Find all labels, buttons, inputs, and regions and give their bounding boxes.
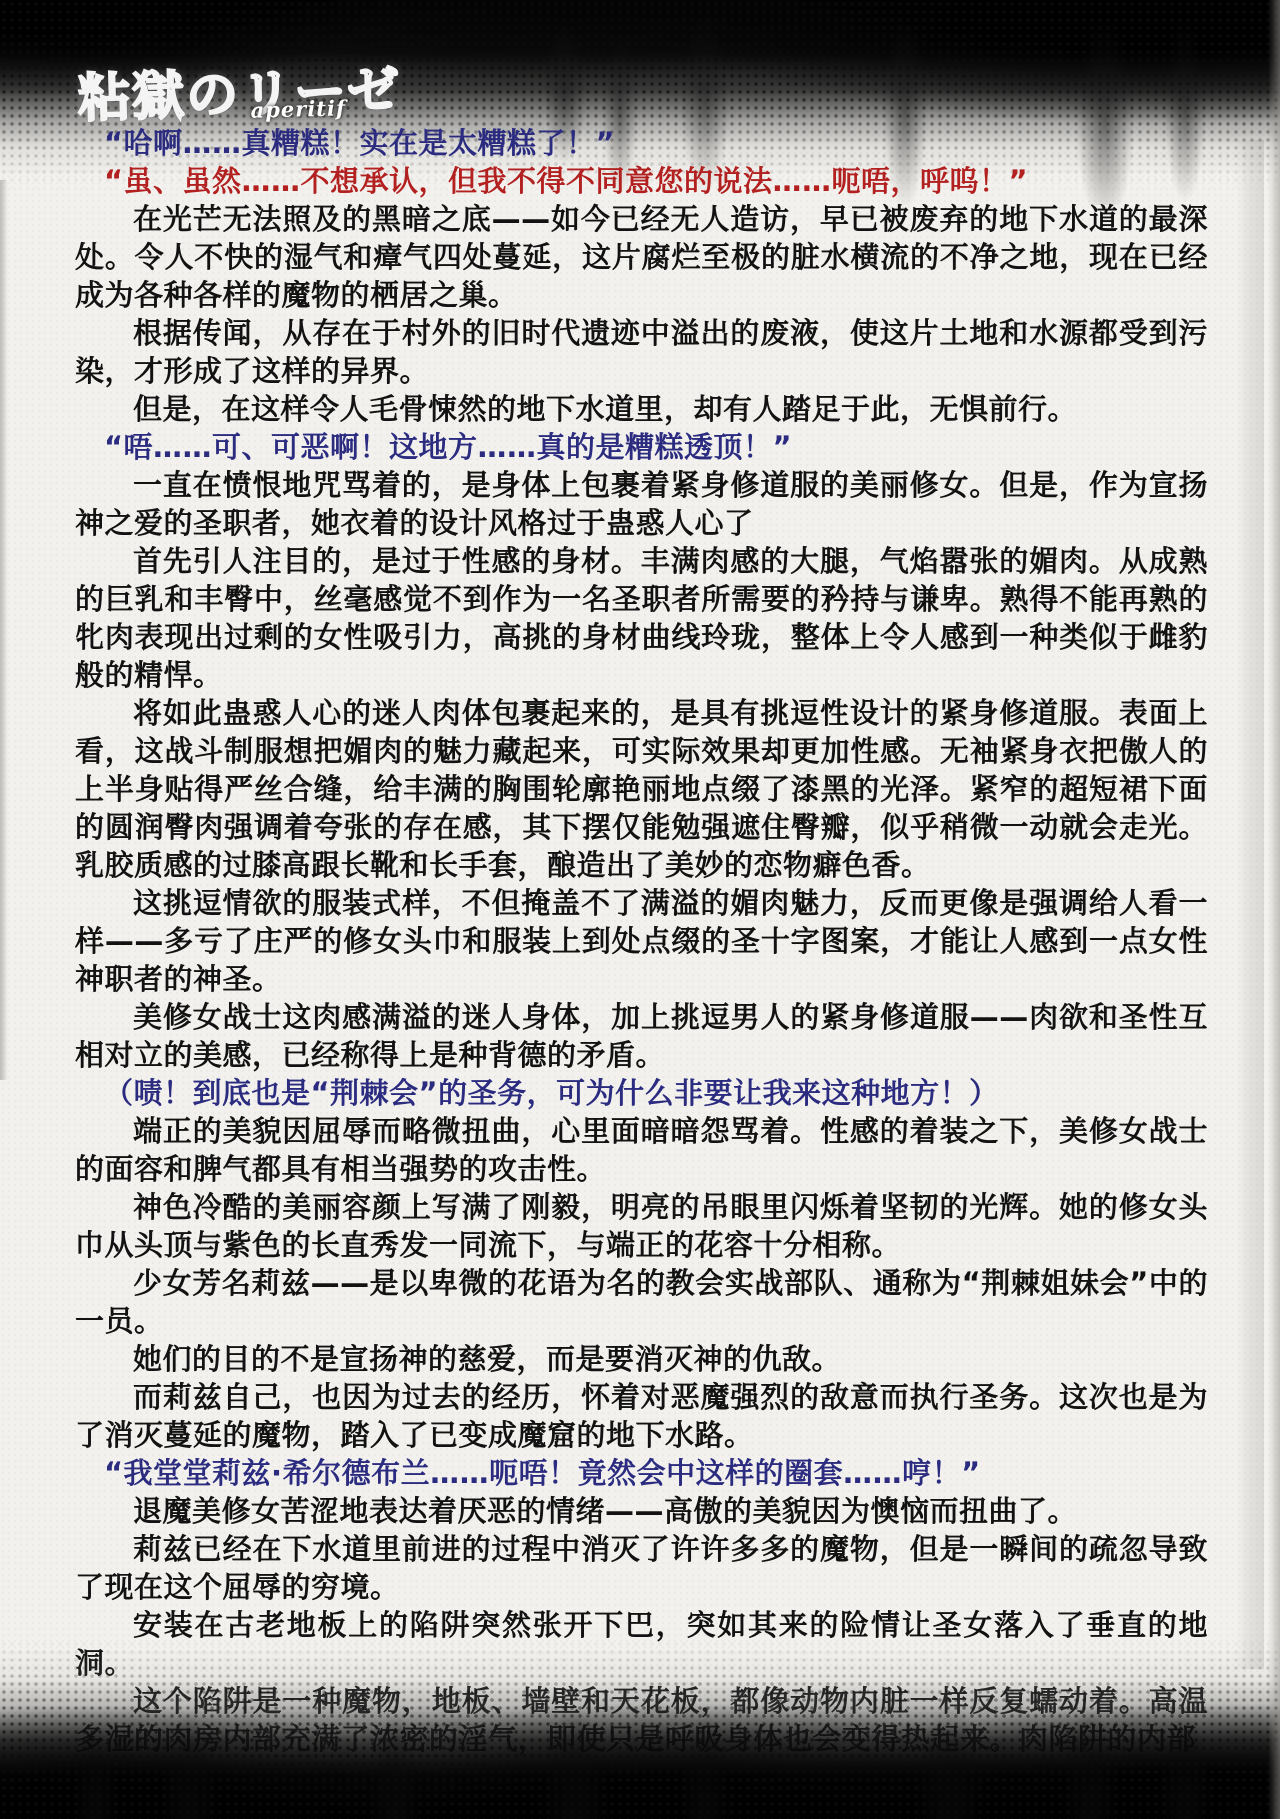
paragraph-dialogue-red: “虽、虽然……不想承认，但我不得不同意您的说法……呃唔，呼呜！” (75, 162, 1208, 200)
right-page-edge-shading (1268, 0, 1280, 1819)
paragraph-narration: 而莉兹自己，也因为过去的经历，怀着对恶魔强烈的敌意而执行圣务。这次也是为了消灭蔓… (75, 1378, 1208, 1454)
paragraph-narration: 少女芳名莉兹——是以卑微的花语为名的教会实战部队、通称为“荆棘姐妹会”中的一员。 (75, 1264, 1208, 1340)
story-text: “哈啊……真糟糕！实在是太糟糕了！”“虽、虽然……不想承认，但我不得不同意您的说… (75, 124, 1208, 1758)
paragraph-narration: 莉兹已经在下水道里前进的过程中消灭了许许多多的魔物，但是一瞬间的疏忽导致了现在这… (75, 1530, 1208, 1606)
paragraph-narration: 一直在愤恨地咒骂着的，是身体上包裹着紧身修道服的美丽修女。但是，作为宣扬神之爱的… (75, 466, 1208, 542)
paragraph-dialogue-blue: “我堂堂莉兹·希尔德布兰……呃唔！竟然会中这样的圈套……哼！” (75, 1454, 1208, 1492)
paragraph-dialogue-blue: （啧！到底也是“荆棘会”的圣务，可为什么非要让我来这种地方！） (75, 1074, 1208, 1112)
paragraph-narration: 将如此蛊惑人心的迷人肉体包裹起来的，是具有挑逗性设计的紧身修道服。表面上看，这战… (75, 694, 1208, 884)
paragraph-narration: 但是，在这样令人毛骨悚然的地下水道里，却有人踏足于此，无惧前行。 (75, 390, 1208, 428)
title-logo: 粘獄のリーゼ aperitif (77, 48, 402, 131)
paragraph-narration: 这挑逗情欲的服装式样，不但掩盖不了满溢的媚肉魅力，反而更像是强调给人看一样——多… (75, 884, 1208, 998)
paragraph-narration: 在光芒无法照及的黑暗之底——如今已经无人造访，早已被废弃的地下水道的最深处。令人… (75, 200, 1208, 314)
title-logo-text: 粘獄のリーゼ (77, 60, 401, 129)
paragraph-narration: 神色冷酷的美丽容颜上写满了刚毅，明亮的吊眼里闪烁着坚韧的光辉。她的修女头巾从头顶… (75, 1188, 1208, 1264)
paragraph-narration: 美修女战士这肉感满溢的迷人身体，加上挑逗男人的紧身修道服——肉欲和圣性互相对立的… (75, 998, 1208, 1074)
paragraph-narration: 根据传闻，从存在于村外的旧时代遗迹中溢出的废液，使这片土地和水源都受到污染，才形… (75, 314, 1208, 390)
title-logo-subtitle: aperitif (250, 95, 346, 122)
paragraph-narration: 安装在古老地板上的陷阱突然张开下巴，突如其来的险情让圣女落入了垂直的地洞。 (75, 1606, 1208, 1682)
paragraph-dialogue-blue: “哈啊……真糟糕！实在是太糟糕了！” (75, 124, 1208, 162)
paragraph-narration: 她们的目的不是宣扬神的慈爱，而是要消灭神的仇敌。 (75, 1340, 1208, 1378)
paragraph-narration: 首先引人注目的，是过于性感的身材。丰满肉感的大腿，气焰嚣张的媚肉。从成熟的巨乳和… (75, 542, 1208, 694)
paragraph-narration: 退魔美修女苦涩地表达着厌恶的情绪——高傲的美貌因为懊恼而扭曲了。 (75, 1492, 1208, 1530)
novel-page: 粘獄のリーゼ aperitif “哈啊……真糟糕！实在是太糟糕了！”“虽、虽然…… (0, 0, 1280, 1819)
paragraph-narration: 端正的美貌因屈辱而略微扭曲，心里面暗暗怨骂着。性感的着装之下，美修女战士的面容和… (75, 1112, 1208, 1188)
left-page-edge-shading (0, 180, 8, 1080)
right-scan-band (1236, 140, 1264, 1669)
paragraph-dialogue-blue: “唔……可、可恶啊！这地方……真的是糟糕透顶！” (75, 428, 1208, 466)
paragraph-narration: 这个陷阱是一种魔物，地板、墙壁和天花板，都像动物内脏一样反复蠕动着。高温多湿的肉… (75, 1682, 1208, 1758)
